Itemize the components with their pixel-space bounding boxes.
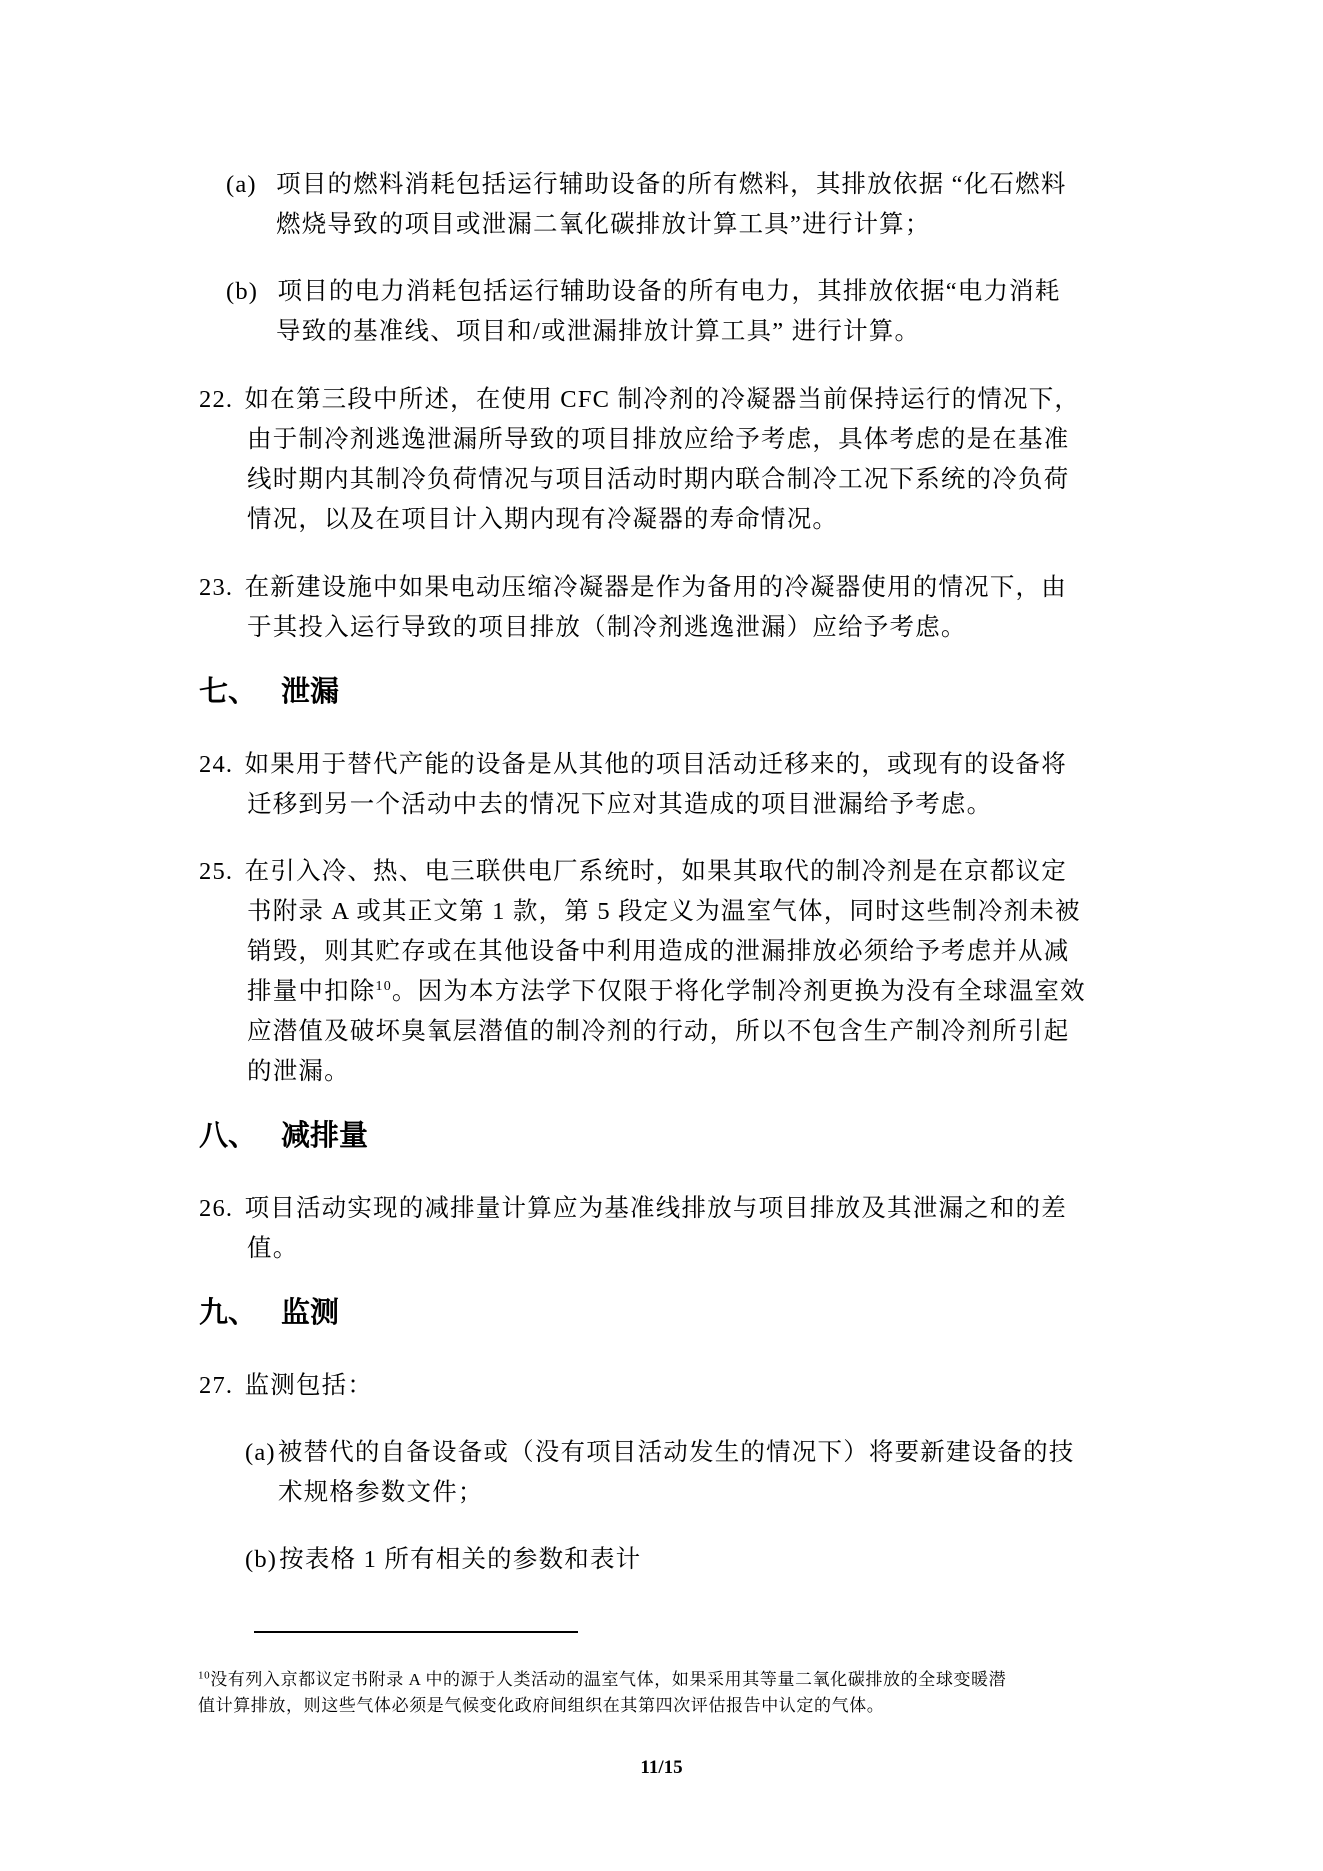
para-number: 24.	[199, 751, 233, 778]
para-27-line1: 27. 监测包括：	[199, 1369, 373, 1403]
footnote-marker: 10	[198, 1669, 210, 1681]
footnote-line1: 10没有列入京都议定书附录 A 中的源于人类活动的温室气体，如果采用其等量二氧化…	[198, 1667, 1006, 1693]
para-26-line2: 值。	[247, 1232, 298, 1266]
para-25-line4: 排量中扣除10。因为本方法学下仅限于将化学制冷剂更换为没有全球温室效	[247, 975, 1086, 1009]
section-heading-monitoring: 九、监测	[199, 1294, 339, 1330]
para-23-line2: 于其投入运行导致的项目排放（制冷剂逃逸泄漏）应给予考虑。	[247, 611, 967, 645]
para-22-line4: 情况，以及在项目计入期内现有冷凝器的寿命情况。	[247, 503, 838, 537]
para-22-line1: 22. 如在第三段中所述，在使用 CFC 制冷剂的冷凝器当前保持运行的情况下，	[199, 383, 1080, 417]
para-23-line1: 23. 在新建设施中如果电动压缩冷凝器是作为备用的冷凝器使用的情况下，由	[199, 571, 1067, 605]
document-page: (a) 项目的燃料消耗包括运行辅助设备的所有燃料，其排放依据 “化石燃料 燃烧导…	[0, 0, 1323, 1871]
item-label: (b)	[245, 1546, 277, 1573]
item-a-line1: (a) 项目的燃料消耗包括运行辅助设备的所有燃料，其排放依据 “化石燃料	[226, 168, 1067, 202]
para-27-item-a-line1: (a)被替代的自备设备或（没有项目活动发生的情况下）将要新建设备的技	[245, 1436, 1075, 1470]
para-25-line5: 应潜值及破坏臭氧层潜值的制冷剂的行动，所以不包含生产制冷剂所引起	[247, 1015, 1069, 1049]
para-number: 27.	[199, 1372, 233, 1399]
item-b-line2: 导致的基准线、项目和/或泄漏排放计算工具” 进行计算。	[276, 315, 920, 349]
item-b-line1: (b) 项目的电力消耗包括运行辅助设备的所有电力，其排放依据“电力消耗	[226, 275, 1061, 309]
para-25-line2: 书附录 A 或其正文第 1 款，第 5 段定义为温室气体，同时这些制冷剂未被	[247, 895, 1081, 929]
item-a-line2: 燃烧导致的项目或泄漏二氧化碳排放计算工具”进行计算；	[276, 208, 931, 242]
para-26-line1: 26. 项目活动实现的减排量计算应为基准线排放与项目排放及其泄漏之和的差	[199, 1192, 1067, 1226]
footnote-separator	[254, 1631, 578, 1633]
para-number: 23.	[199, 574, 233, 601]
para-27-item-a-line2: 术规格参数文件；	[278, 1476, 484, 1510]
footnote-ref[interactable]: 10	[376, 979, 392, 994]
para-number: 25.	[199, 858, 233, 885]
item-label: (a)	[245, 1439, 276, 1466]
para-22-line3: 线时期内其制冷负荷情况与项目活动时期内联合制冷工况下系统的冷负荷	[247, 463, 1069, 497]
page-number: 11/15	[0, 1757, 1323, 1779]
para-25-line6: 的泄漏。	[247, 1055, 350, 1089]
section-heading-emission-reduction: 八、减排量	[199, 1117, 368, 1153]
item-label: (b)	[226, 278, 258, 305]
para-number: 26.	[199, 1195, 233, 1222]
para-22-line2: 由于制冷剂逃逸泄漏所导致的项目排放应给予考虑，具体考虑的是在基准	[247, 423, 1069, 457]
para-24-line1: 24. 如果用于替代产能的设备是从其他的项目活动迁移来的，或现有的设备将	[199, 748, 1067, 782]
item-label: (a)	[226, 171, 257, 198]
para-number: 22.	[199, 386, 233, 413]
para-25-line3: 销毁，则其贮存或在其他设备中利用造成的泄漏排放必须给予考虑并从减	[247, 935, 1069, 969]
para-25-line1: 25. 在引入冷、热、电三联供电厂系统时，如果其取代的制冷剂是在京都议定	[199, 855, 1067, 889]
para-27-item-b-line1: (b)按表格 1 所有相关的参数和表计	[245, 1543, 641, 1577]
para-24-line2: 迁移到另一个活动中去的情况下应对其造成的项目泄漏给予考虑。	[247, 788, 992, 822]
footnote-line2: 值计算排放，则这些气体必须是气候变化政府间组织在其第四次评估报告中认定的气体。	[198, 1693, 884, 1719]
section-heading-leakage: 七、泄漏	[199, 673, 339, 709]
